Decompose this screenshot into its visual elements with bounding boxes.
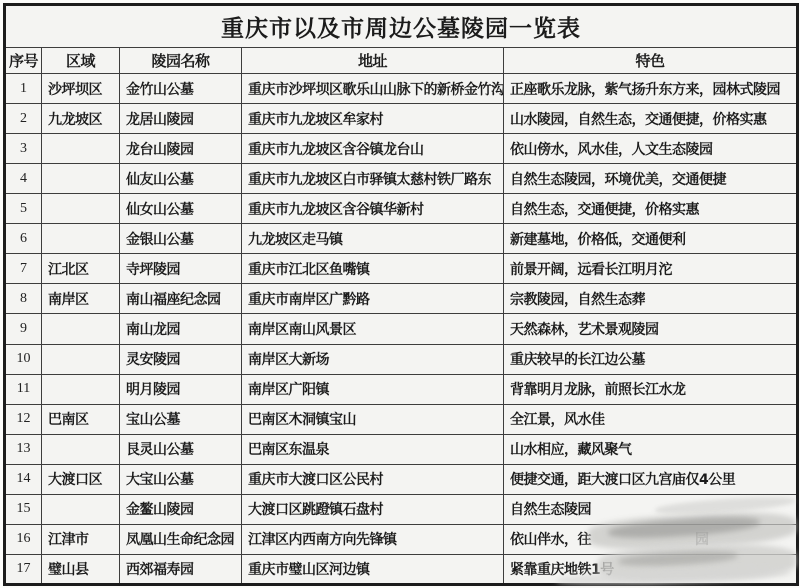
col-header-no: 序号	[5, 48, 42, 74]
cell-name: 龙居山陵园	[120, 104, 242, 134]
cell-region	[42, 194, 120, 224]
col-header-feature: 特色	[504, 48, 798, 74]
table-row: 5 仙女山公墓 重庆市九龙坡区含谷镇华新村 自然生态，交通便捷，价格实惠	[5, 194, 798, 224]
cell-no: 5	[5, 194, 42, 224]
col-header-address: 地址	[242, 48, 504, 74]
cell-address: 南岸区广阳镇	[242, 374, 504, 404]
cell-name: 宝山公墓	[120, 404, 242, 434]
cell-name: 大宝山公墓	[120, 464, 242, 494]
cell-no: 8	[5, 284, 42, 314]
header-row: 序号 区域 陵园名称 地址 特色	[5, 48, 798, 74]
cell-name: 艮灵山公墓	[120, 434, 242, 464]
cell-region: 江津市	[42, 524, 120, 554]
col-header-region: 区域	[42, 48, 120, 74]
cell-region: 璧山县	[42, 554, 120, 584]
cell-feature: 依山傍水，风水佳，人文生态陵园	[504, 134, 798, 164]
table-row: 10 灵安陵园 南岸区大新场 重庆较早的长江边公墓	[5, 344, 798, 374]
cell-name: 金鳌山陵园	[120, 494, 242, 524]
cell-no: 6	[5, 224, 42, 254]
cell-name: 灵安陵园	[120, 344, 242, 374]
cell-feature: 背靠明月龙脉，前照长江水龙	[504, 374, 798, 404]
page-title: 重庆市以及市周边公墓陵园一览表	[5, 5, 798, 48]
table-row: 15 金鳌山陵园 大渡口区跳蹬镇石盘村 自然生态陵园	[5, 494, 798, 524]
cemetery-table: 重庆市以及市周边公墓陵园一览表 序号 区域 陵园名称 地址 特色 1 沙坪坝区 …	[3, 3, 799, 586]
cell-no: 7	[5, 254, 42, 284]
cell-no: 4	[5, 164, 42, 194]
cell-no: 15	[5, 494, 42, 524]
table-row: 7 江北区 寺坪陵园 重庆市江北区鱼嘴镇 前景开阔，远看长江明月沱	[5, 254, 798, 284]
cell-region: 大渡口区	[42, 464, 120, 494]
cell-address: 重庆市九龙坡区牟家村	[242, 104, 504, 134]
cell-address: 重庆市沙坪坝区歌乐山山脉下的新桥金竹沟	[242, 74, 504, 104]
cell-region	[42, 314, 120, 344]
cell-address: 九龙坡区走马镇	[242, 224, 504, 254]
cell-feature: 前景开阔，远看长江明月沱	[504, 254, 798, 284]
cell-region: 沙坪坝区	[42, 74, 120, 104]
cell-feature: 便捷交通，距大渡口区九宫庙仅4公里	[504, 464, 798, 494]
cell-no: 2	[5, 104, 42, 134]
cell-address: 南岸区大新场	[242, 344, 504, 374]
cell-address: 大渡口区跳蹬镇石盘村	[242, 494, 504, 524]
cell-feature: 山水陵园，自然生态，交通便捷，价格实惠	[504, 104, 798, 134]
table-row: 9 南山龙园 南岸区南山风景区 天然森林，艺术景观陵园	[5, 314, 798, 344]
table-row: 16 江津市 凤凰山生命纪念园 江津区内西南方向先锋镇 依山伴水，往园	[5, 524, 798, 554]
cell-name: 金银山公墓	[120, 224, 242, 254]
cell-region	[42, 164, 120, 194]
cell-no: 13	[5, 434, 42, 464]
cell-address: 重庆市九龙坡区含谷镇华新村	[242, 194, 504, 224]
table-row: 13 艮灵山公墓 巴南区东温泉 山水相应，藏风聚气	[5, 434, 798, 464]
cell-feature-visible: 依山伴水，往	[510, 532, 591, 548]
scan-background: 重庆市以及市周边公墓陵园一览表 序号 区域 陵园名称 地址 特色 1 沙坪坝区 …	[0, 0, 800, 588]
cell-address: 重庆市大渡口区公民村	[242, 464, 504, 494]
table-row: 12 巴南区 宝山公墓 巴南区木洞镇宝山 全江景，风水佳	[5, 404, 798, 434]
cell-name: 西郊福寿园	[120, 554, 242, 584]
cell-no: 14	[5, 464, 42, 494]
cell-feature: 紧靠重庆地铁1号	[504, 554, 798, 584]
cell-no: 10	[5, 344, 42, 374]
cell-region: 江北区	[42, 254, 120, 284]
cell-address: 巴南区东温泉	[242, 434, 504, 464]
cell-feature: 正座歌乐龙脉，紫气扬升东方来，园林式陵园	[504, 74, 798, 104]
cell-region	[42, 344, 120, 374]
col-header-name: 陵园名称	[120, 48, 242, 74]
cell-feature: 全江景，风水佳	[504, 404, 798, 434]
cell-no: 16	[5, 524, 42, 554]
cell-address: 江津区内西南方向先锋镇	[242, 524, 504, 554]
cell-region	[42, 134, 120, 164]
cell-region	[42, 494, 120, 524]
cell-address: 重庆市璧山区河边镇	[242, 554, 504, 584]
cell-feature: 重庆较早的长江边公墓	[504, 344, 798, 374]
cell-name: 仙友山公墓	[120, 164, 242, 194]
table-row: 4 仙友山公墓 重庆市九龙坡区白市驿镇太慈村铁厂路东 自然生态陵园，环境优美，交…	[5, 164, 798, 194]
cell-region: 九龙坡区	[42, 104, 120, 134]
cell-name: 凤凰山生命纪念园	[120, 524, 242, 554]
table-row: 6 金银山公墓 九龙坡区走马镇 新建墓地，价格低，交通便利	[5, 224, 798, 254]
title-row: 重庆市以及市周边公墓陵园一览表	[5, 5, 798, 48]
cell-feature-faint: 园	[695, 532, 709, 548]
cell-region: 南岸区	[42, 284, 120, 314]
cell-no: 9	[5, 314, 42, 344]
cell-address: 重庆市九龙坡区白市驿镇太慈村铁厂路东	[242, 164, 504, 194]
cell-region	[42, 374, 120, 404]
cell-feature: 自然生态陵园	[504, 494, 798, 524]
cell-address: 重庆市江北区鱼嘴镇	[242, 254, 504, 284]
table-row: 8 南岸区 南山福座纪念园 重庆市南岸区广黔路 宗教陵园，自然生态葬	[5, 284, 798, 314]
table-row: 3 龙台山陵园 重庆市九龙坡区含谷镇龙台山 依山傍水，风水佳，人文生态陵园	[5, 134, 798, 164]
cell-name: 寺坪陵园	[120, 254, 242, 284]
cell-no: 17	[5, 554, 42, 584]
cell-name: 南山福座纪念园	[120, 284, 242, 314]
cell-no: 12	[5, 404, 42, 434]
table-row: 2 九龙坡区 龙居山陵园 重庆市九龙坡区牟家村 山水陵园，自然生态，交通便捷，价…	[5, 104, 798, 134]
cell-address: 重庆市南岸区广黔路	[242, 284, 504, 314]
cell-name: 南山龙园	[120, 314, 242, 344]
table-row: 1 沙坪坝区 金竹山公墓 重庆市沙坪坝区歌乐山山脉下的新桥金竹沟 正座歌乐龙脉，…	[5, 74, 798, 104]
cell-feature: 天然森林，艺术景观陵园	[504, 314, 798, 344]
cell-name: 龙台山陵园	[120, 134, 242, 164]
cell-feature: 依山伴水，往园	[504, 524, 798, 554]
cell-address: 巴南区木洞镇宝山	[242, 404, 504, 434]
cell-address: 南岸区南山风景区	[242, 314, 504, 344]
cell-name: 金竹山公墓	[120, 74, 242, 104]
cell-address: 重庆市九龙坡区含谷镇龙台山	[242, 134, 504, 164]
table-row: 14 大渡口区 大宝山公墓 重庆市大渡口区公民村 便捷交通，距大渡口区九宫庙仅4…	[5, 464, 798, 494]
cell-region	[42, 434, 120, 464]
cell-feature: 宗教陵园，自然生态葬	[504, 284, 798, 314]
cell-region: 巴南区	[42, 404, 120, 434]
cell-no: 1	[5, 74, 42, 104]
cell-no: 3	[5, 134, 42, 164]
cell-region	[42, 224, 120, 254]
table-row: 11 明月陵园 南岸区广阳镇 背靠明月龙脉，前照长江水龙	[5, 374, 798, 404]
cell-name: 仙女山公墓	[120, 194, 242, 224]
cell-no: 11	[5, 374, 42, 404]
cell-feature: 自然生态，交通便捷，价格实惠	[504, 194, 798, 224]
cell-feature: 山水相应，藏风聚气	[504, 434, 798, 464]
table-row: 17 璧山县 西郊福寿园 重庆市璧山区河边镇 紧靠重庆地铁1号	[5, 554, 798, 584]
cell-name: 明月陵园	[120, 374, 242, 404]
cell-feature: 自然生态陵园，环境优美，交通便捷	[504, 164, 798, 194]
cell-feature: 新建墓地，价格低，交通便利	[504, 224, 798, 254]
